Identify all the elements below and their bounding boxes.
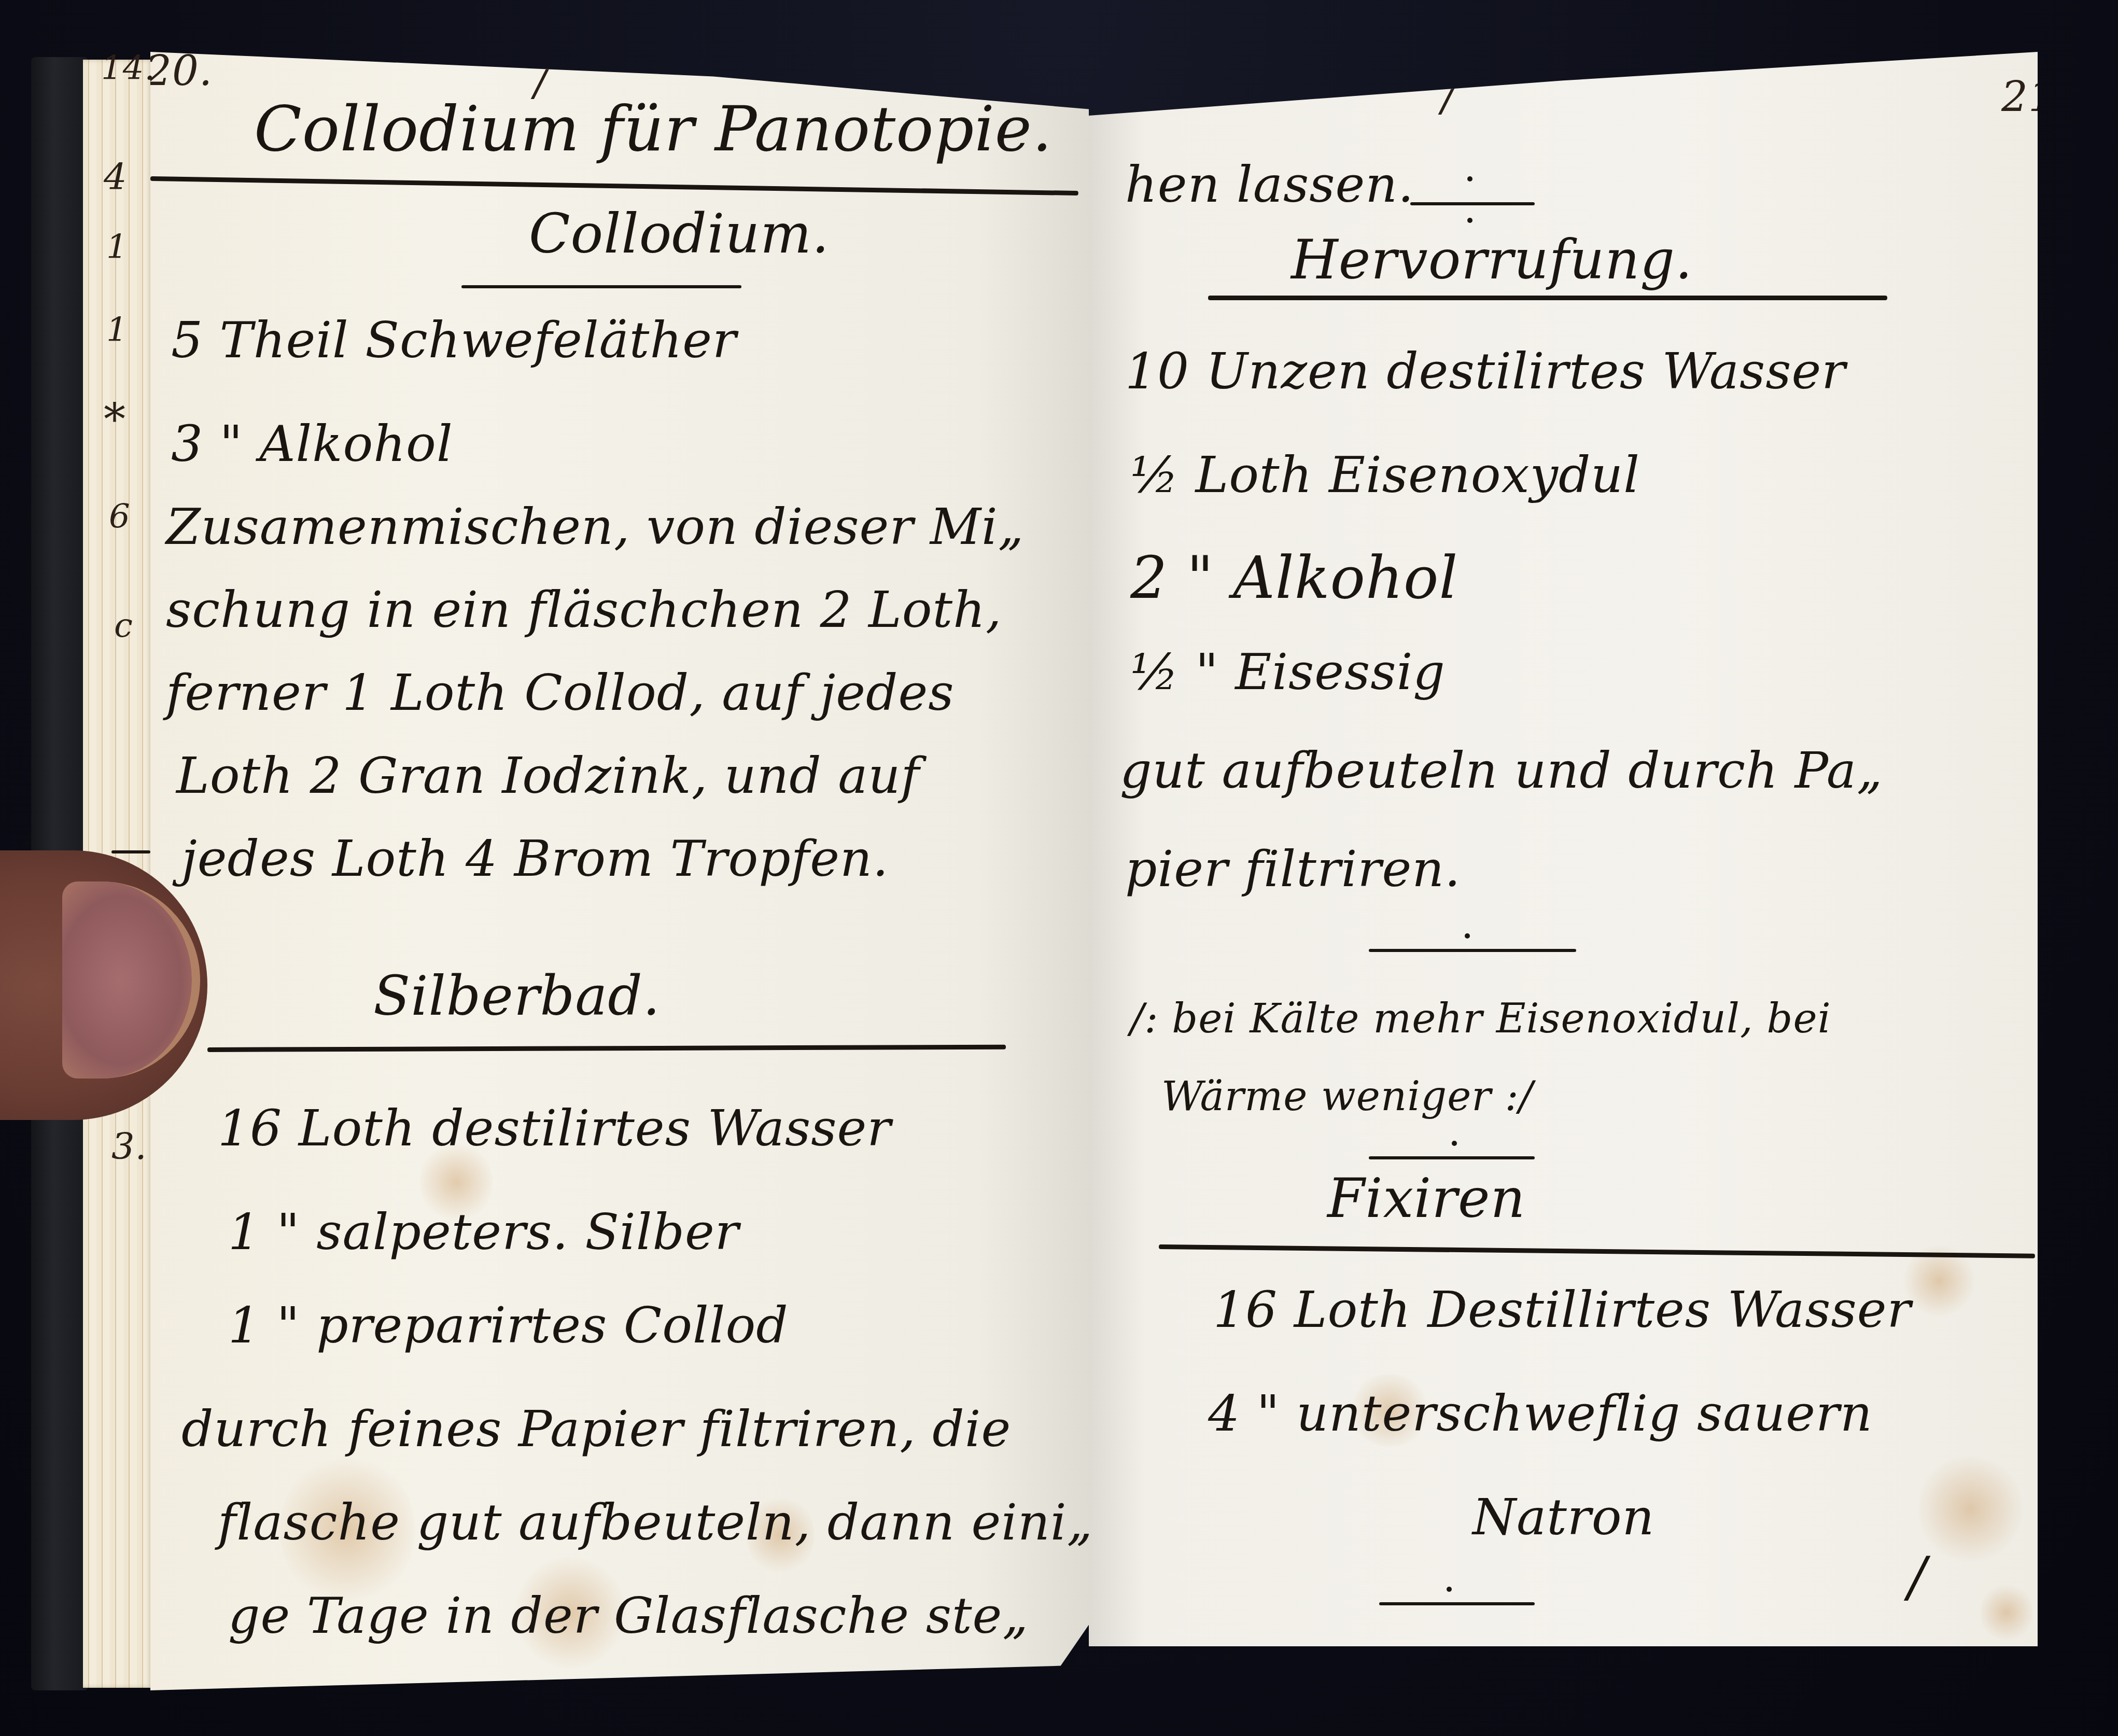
end-mark: / <box>1908 1545 1927 1608</box>
divider-dot <box>1447 1587 1452 1592</box>
section-heading-fixiren: Fixiren <box>1327 1167 1526 1230</box>
recipe-line: ferner 1 Loth Collod, auf jedes <box>166 664 955 722</box>
section-heading-silberbad: Silberbad. <box>373 964 661 1028</box>
recipe-line: pier filtriren. <box>1125 840 1461 898</box>
recipe-line: 1 " salpeters. Silber <box>228 1203 739 1261</box>
heading-underline <box>1208 296 1887 300</box>
recipe-line: Loth 2 Gran Iodzink, und auf <box>176 747 920 805</box>
recipe-line: 10 Unzen destilirtes Wasser <box>1125 342 1846 400</box>
recipe-line: Zusamenmischen, von dieser Mi„ <box>166 498 1025 556</box>
section-divider <box>1379 1602 1535 1605</box>
recipe-line: 4 " unterschweflig sauern <box>1208 1384 1873 1443</box>
page-marker: 20. <box>150 52 213 95</box>
title-underline <box>150 176 1078 195</box>
section-divider <box>1410 202 1535 205</box>
divider-dot <box>1452 1141 1457 1146</box>
recipe-line: 16 Loth destilirtes Wasser <box>218 1099 891 1157</box>
margin-note: 4 <box>104 156 128 198</box>
margin-note: * <box>104 394 126 445</box>
note-line: /: bei Kälte mehr Eisenoxidul, bei <box>1130 996 1831 1042</box>
heading-underline <box>1159 1244 2035 1258</box>
section-heading-hervorrufung: Hervorrufung. <box>1291 228 1693 291</box>
margin-note: c <box>114 607 133 645</box>
recipe-line: 2 " Alkohol <box>1130 544 1458 612</box>
divider-dot <box>1465 933 1470 939</box>
margin-note: 1 <box>106 228 128 267</box>
recipe-line: schung in ein fläschchen 2 Loth, <box>166 581 1002 639</box>
recipe-line: 1 " preparirtes Collod <box>228 1296 789 1354</box>
recipe-line: 3 " Alkohol <box>171 415 453 473</box>
margin-note: 3. <box>111 1125 147 1168</box>
recipe-line: ½ Loth Eisenoxydul <box>1130 446 1640 504</box>
margin-rule <box>111 850 150 853</box>
page-title: Collodium für Panotopie. <box>254 93 1053 165</box>
divider-dot <box>1467 218 1472 223</box>
right-page: / 21 hen lassen. Hervorrufung. 10 Unzen … <box>1089 52 2038 1646</box>
note-line: Wärme weniger :/ <box>1161 1073 1533 1120</box>
heading-underline <box>461 285 741 288</box>
foxing-stain <box>1981 1581 2032 1644</box>
recipe-line: Natron <box>1472 1488 1654 1546</box>
section-divider <box>1369 949 1576 952</box>
recipe-line: 5 Theil Schwefeläther <box>171 311 737 369</box>
recipe-line: jedes Loth 4 Brom Tropfen. <box>181 830 889 888</box>
recipe-line: ge Tage in der Glasflasche ste„ <box>228 1587 1029 1645</box>
section-heading-collodium: Collodium. <box>529 202 830 265</box>
recipe-line: durch feines Papier filtriren, die <box>181 1400 1011 1458</box>
foxing-stain <box>1918 1452 2022 1566</box>
recipe-line: flasche gut aufbeuteln, dann eini„ <box>218 1493 1089 1551</box>
divider-dot <box>1467 176 1472 181</box>
section-divider <box>1369 1156 1535 1159</box>
margin-note: 1 <box>106 311 128 349</box>
recipe-line: gut aufbeuteln und durch Pa„ <box>1120 741 1883 800</box>
margin-note: 6 <box>109 498 131 536</box>
recipe-line: 16 Loth Destillirtes Wasser <box>1213 1281 1911 1339</box>
left-page: 20. / Collodium für Panotopie. Collodium… <box>150 52 1089 1690</box>
margin-note: 14. <box>101 49 156 88</box>
continuation-text: hen lassen. <box>1125 156 1414 214</box>
heading-underline <box>207 1045 1006 1052</box>
recipe-line: ½ " Eisessig <box>1130 643 1446 701</box>
page-marker: 21 <box>2001 73 2038 121</box>
